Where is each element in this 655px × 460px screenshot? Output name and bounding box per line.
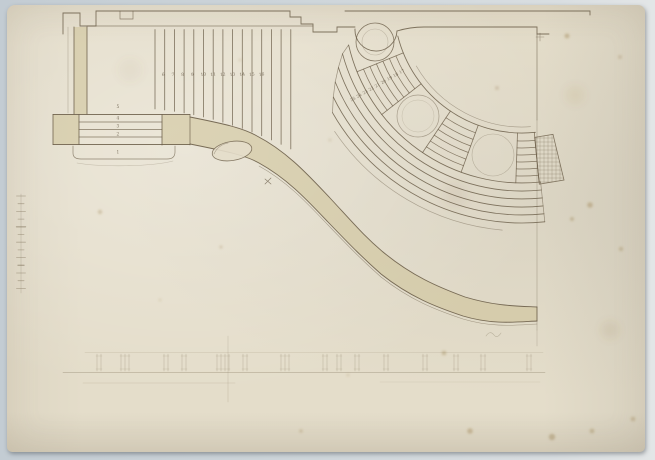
- svg-text:3: 3: [117, 125, 120, 130]
- svg-text:2: 2: [117, 133, 120, 138]
- scale-bar: [17, 194, 26, 293]
- elevation-sketch: [63, 336, 545, 402]
- svg-text:14: 14: [239, 72, 245, 78]
- curved-ramp: [190, 117, 537, 325]
- svg-text:5: 5: [117, 105, 120, 110]
- svg-text:4: 4: [117, 117, 120, 122]
- svg-text:15: 15: [249, 72, 255, 78]
- svg-text:12: 12: [220, 72, 226, 78]
- drawing-canvas: 678910111213141516 54321 171819202122232…: [0, 0, 655, 460]
- handwritten-marks: [486, 33, 544, 337]
- plan-walls: [63, 11, 590, 346]
- paper-blotches: [118, 58, 619, 339]
- svg-text:10: 10: [200, 72, 206, 78]
- svg-text:1: 1: [117, 151, 120, 156]
- svg-text:16: 16: [259, 72, 265, 78]
- svg-text:13: 13: [230, 72, 236, 78]
- scan-mat: Old master architectural drawing in sepi…: [0, 0, 655, 460]
- svg-text:11: 11: [210, 72, 216, 78]
